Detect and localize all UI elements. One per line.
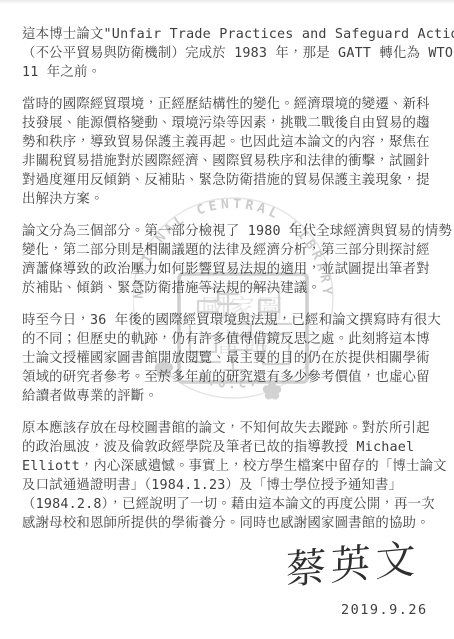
text-line: 對過度運用反傾銷、反補貼、緊急防衛措施的貿易保護主義現象，提 [22, 171, 438, 190]
text-line: 及口試通過證明書」（1984.1.23）及「博士學位授予通知書」 [22, 476, 438, 495]
text-line: 出解決方案。 [22, 190, 438, 209]
scan-edge-artifact [0, 0, 454, 4]
text-line: 於補貼、傾銷、緊急防衛措施等法規的解決建議。 [22, 279, 438, 298]
text-line: （1984.2.8），已經說明了一切。藉由這本論文的再度公開，再一次 [22, 495, 438, 514]
text-line: 技發展、能源價格變動、環境污染等因素，挑戰二戰後自由貿易的趨 [22, 114, 438, 133]
paragraph-thesis-structure: 論文分為三個部分。第一部分檢視了 1980 年代全球經濟與貿易的情勢 變化，第二… [22, 222, 438, 298]
text-line: 當時的國際經貿環境，正經歷結構性的變化。經濟環境的變遷、新科 [22, 95, 438, 114]
text-line: 時至今日，36 年後的國際經貿環境與法規，已經和論文撰寫時有很大 [22, 311, 438, 330]
statement-body: 這本博士論文"Unfair Trade Practices and Safegu… [22, 25, 438, 546]
text-line: 領域的研究者參考。至於多年前的研究還有多少參考價值，也虛心留 [22, 368, 438, 387]
text-line: 變化，第二部分則是相關議題的法律及經濟分析，第三部分則探討經 [22, 241, 438, 260]
text-line: 的政治風波，波及倫敦政經學院及筆者已故的指導教授 Michael [22, 438, 438, 457]
scanned-statement-page: { "page": { "background": "#ffffff", "te… [0, 0, 454, 639]
text-line: 11 年之前。 [22, 63, 438, 82]
text-line: 論文分為三個部分。第一部分檢視了 1980 年代全球經濟與貿易的情勢 [22, 222, 438, 241]
text-line: 原本應該存放在母校圖書館的論文，不知何故失去蹤跡。對於所引起 [22, 419, 438, 438]
paragraph-library-release: 時至今日，36 年後的國際經貿環境與法規，已經和論文撰寫時有很大 的不同；但歷史… [22, 311, 438, 406]
paragraph-acknowledgement: 原本應該存放在母校圖書館的論文，不知何故失去蹤跡。對於所引起 的政治風波，波及倫… [22, 419, 438, 533]
text-line: （不公平貿易與防衛機制）完成於 1983 年，那是 GATT 轉化為 WTO 的 [22, 44, 438, 63]
text-line: 給讀者做專業的評斷。 [22, 387, 438, 406]
text-line: 這本博士論文"Unfair Trade Practices and Safegu… [22, 25, 438, 44]
text-line: Elliott，內心深感遺憾。事實上，校方學生檔案中留存的「博士論文 [22, 457, 438, 476]
paragraph-thesis-intro: 這本博士論文"Unfair Trade Practices and Safegu… [22, 25, 438, 82]
text-line: 的不同；但歷史的軌跡，仍有許多值得借鏡反思之處。此刻將這本博 [22, 330, 438, 349]
text-line: 感謝母校和恩師所提供的學術養分。同時也感謝國家圖書館的協助。 [22, 514, 438, 533]
text-line: 非關稅貿易措施對於國際經濟、國際貿易秩序和法律的衝擊，試圖針 [22, 152, 438, 171]
text-line: 勢和秩序，導致貿易保護主義再起。也因此這本論文的內容，聚焦在 [22, 133, 438, 152]
paragraph-trade-environment: 當時的國際經貿環境，正經歷結構性的變化。經濟環境的變遷、新科 技發展、能源價格變… [22, 95, 438, 209]
text-line: 濟蕭條導致的政治壓力如何影響貿易法規的適用，並試圖提出筆者對 [22, 260, 438, 279]
signature-date: 2019.9.26 [341, 602, 428, 618]
signature-tsai-ing-wen: 蔡英文 [278, 527, 429, 606]
text-line: 士論文授權國家圖書館開放閱覽、最主要的目的仍在於提供相關學術 [22, 349, 438, 368]
